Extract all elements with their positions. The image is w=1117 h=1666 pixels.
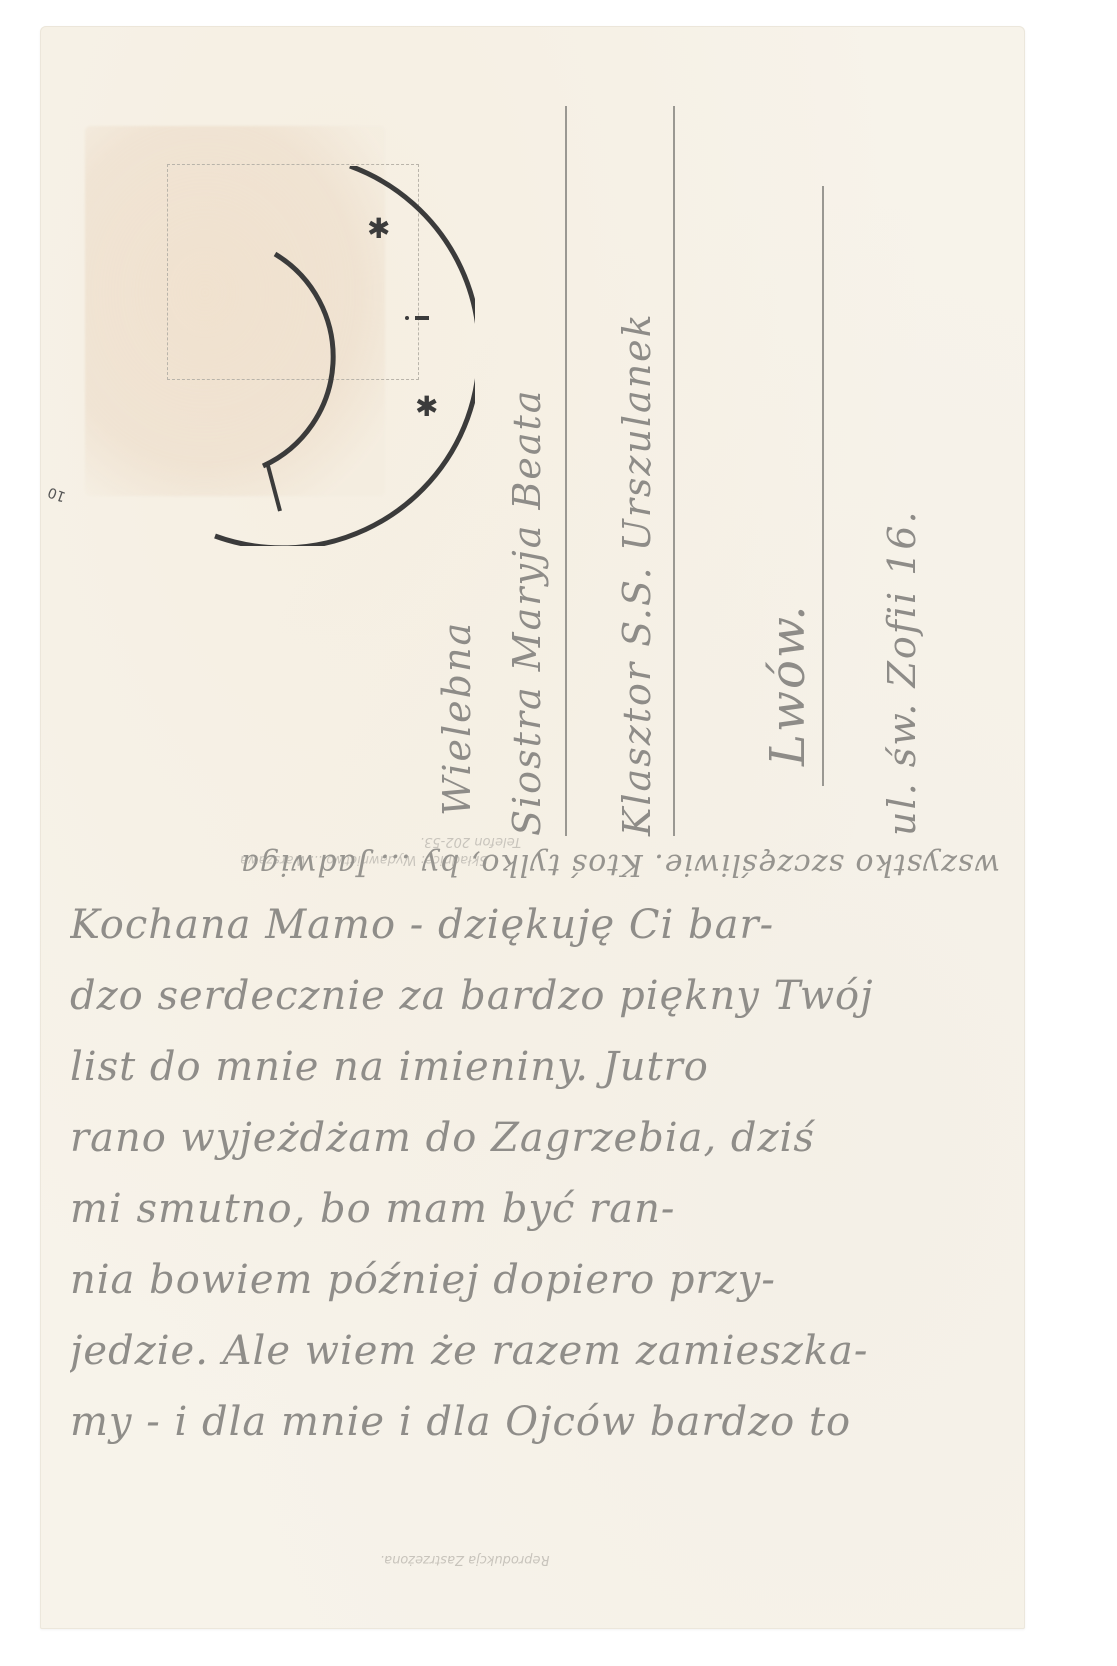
message-line-8: my - i dla mnie i dla Ojców bardzo to bbox=[70, 1387, 1000, 1458]
message-line-2: dzo serdecznie za bardzo piękny Twój bbox=[70, 961, 1000, 1032]
address-street: ul. św. Zofii 16. bbox=[880, 509, 924, 836]
message-line-5: mi smutno, bo mam być ran- bbox=[70, 1174, 1000, 1245]
svg-text:✱: ✱ bbox=[367, 212, 390, 245]
message-line-7: jedzie. Ale wiem że razem zamieszka- bbox=[70, 1316, 1000, 1387]
address-block: Wielebna Siostra Maryja Beata Klasztor S… bbox=[400, 46, 1000, 846]
address-recipient: Siostra Maryja Beata bbox=[505, 389, 549, 836]
postcard-back: removed ✱ ✱ 10 Wielebna Siostra Maryja B… bbox=[40, 26, 1025, 1629]
message-line-4: rano wyjeżdżam do Zagrzebia, dziś bbox=[70, 1103, 1000, 1174]
address-city: Lwów. bbox=[760, 603, 816, 766]
address-rule-2 bbox=[673, 106, 675, 836]
message-upside-down-line: wszystko szczęśliwie. Ktoś tylko, by ...… bbox=[70, 838, 1000, 890]
printed-reproduction-notice: Reprodukcja Zastrzeżona. bbox=[380, 1552, 549, 1567]
handwritten-message: wszystko szczęśliwie. Ktoś tylko, by ...… bbox=[70, 838, 1000, 1458]
message-line-6: nia bowiem później dopiero przy- bbox=[70, 1245, 1000, 1316]
address-institution: Klasztor S.S. Urszulanek bbox=[615, 312, 659, 836]
message-line-3: list do mnie na imieniny. Jutro bbox=[70, 1032, 1000, 1103]
address-rule-1 bbox=[565, 106, 567, 836]
address-salutation: Wielebna bbox=[435, 621, 479, 816]
postmark-date-fragment: 10 bbox=[46, 483, 68, 504]
message-line-1: Kochana Mamo - dziękuję Ci bar- bbox=[70, 890, 1000, 961]
address-rule-3 bbox=[822, 186, 824, 786]
